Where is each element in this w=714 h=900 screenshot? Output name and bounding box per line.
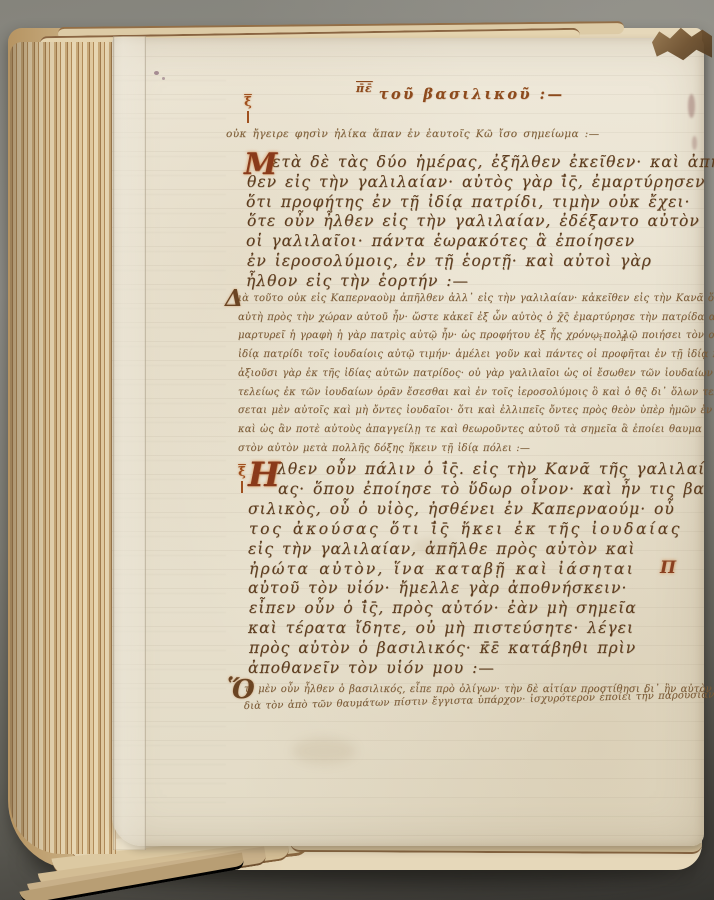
manuscript-line: τος ἀκούσας ὅτι ἰ̄ς̄ ἥκει ἐκ τῆς ἰουδαία… <box>249 520 679 540</box>
manuscript-line: ετὰ δὲ τὰς δύο ἡμέρας, ἐξῆλθεν ἐκεῖθεν· … <box>246 153 676 173</box>
kephalaion-tail <box>241 481 243 493</box>
manuscript-line: σεται μὲν αὐτοῖς καὶ μὴ ὄντες ἰουδαῖοι· … <box>238 402 704 421</box>
manuscript-line: τελείως ἐκ τῶν ἰουδαίων ὁρᾶν ἔσεσθαι καὶ… <box>238 384 704 403</box>
fore-edge-stack <box>10 42 116 854</box>
marginal-letter-pi: Π <box>660 558 676 578</box>
commentary-lines: τι μὲν οὖν ἦλθεν ὁ βασιλικός, εἶπε πρὸ ὀ… <box>244 682 704 715</box>
manuscript-line: ὅτι προφήτης ἐν τῇ ἰδίᾳ πατρίδι, τιμὴν ο… <box>246 193 676 213</box>
manuscript-line: αὐτὴ πρὸς τὴν χώραν αὐτοῦ ἦν· ὥστε κἀκεῖ… <box>238 309 704 328</box>
manuscript-line: αὐτοῦ τὸν υἱόν· ἤμελλε γὰρ ἀποθνήσκειν· <box>248 579 678 599</box>
commentary-block-2: Ὅ τι μὲν οὖν ἦλθεν ὁ βασιλικός, εἶπε πρὸ… <box>244 682 704 715</box>
manuscript-line: ιὰ τοῦτο οὐκ εἰς Καπερναοὺμ ἀπῆλθεν ἀλλ᾽… <box>238 290 704 309</box>
manuscript-line: εἰς τὴν γαλιλαίαν, ἀπῆλθε πρὸς αὐτὸν καὶ <box>248 540 678 560</box>
commentary-block-1: Δ ιὰ τοῦτο οὐκ εἰς Καπερναοὺμ ἀπῆλθεν ἀλ… <box>238 290 704 458</box>
manuscript-book: ξ̄ π̄ε̄τοῦ βασιλικοῦ :— οὐκ ἤγειρε φησὶν… <box>0 0 714 900</box>
gospel-text-block-2: Η λθεν οὖν πάλιν ὁ ἰ̄ς̄. εἰς τὴν Κανᾶ τῆ… <box>248 460 678 679</box>
stain <box>292 738 356 764</box>
kephalaion-number-mark: ξ̄ <box>240 96 256 123</box>
manuscript-line: ἐν ἱεροσολύμοις, ἐν τῇ ἑορτῇ· καὶ αὐτοὶ … <box>247 252 677 272</box>
manuscript-line: ἀξιοῦσι γὰρ ἐκ τῆς ἰδίας αὐτῶν πατρίδος·… <box>238 365 704 384</box>
manuscript-line: σιλικὸς, οὗ ὁ υἱὸς, ἠσθένει ἐν Καπερναού… <box>248 500 678 520</box>
manuscript-line: ας· ὅπου ἐποίησε τὸ ὕδωρ οἶνον· καὶ ἦν τ… <box>249 480 679 500</box>
manuscript-line: ἀποθανεῖν τὸν υἱόν μου :— <box>248 659 678 679</box>
manuscript-line: εἶπεν οὖν ὁ ἰ̄ς̄, πρὸς αὐτόν· ἐὰν μὴ σημ… <box>249 599 679 619</box>
manuscript-line: ἠρώτα αὐτὸν, ἵνα καταβῇ καὶ ἰάσηται <box>249 560 679 580</box>
stain <box>692 136 697 150</box>
title-text: τοῦ βασιλικοῦ :— <box>379 86 565 103</box>
manuscript-line: ἦλθον εἰς τὴν ἑορτήν :— <box>246 272 676 292</box>
kephalaion-tail <box>247 111 249 123</box>
title-abbreviation: π̄ε̄ <box>356 82 373 95</box>
manuscript-line: πρὸς αὐτὸν ὁ βασιλικός· κ̄ε̄ κατάβηθι πρ… <box>249 639 679 659</box>
manuscript-line: καὶ ὡς ἂν ποτὲ αὐτοὺς ἀπαγγείλῃ τε καὶ θ… <box>238 421 704 440</box>
header-scholion: οὐκ ἤγειρε φησὶν ἡλίκα ἅπαν ἐν ἑαυτοῖς Κ… <box>226 128 600 140</box>
manuscript-photo: ξ̄ π̄ε̄τοῦ βασιλικοῦ :— οὐκ ἤγειρε φησὶν… <box>0 0 714 900</box>
gospel-lines: ετὰ δὲ τὰς δύο ἡμέρας, ἐξῆλθεν ἐκεῖθεν· … <box>246 153 676 292</box>
manuscript-line: λθεν οὖν πάλιν ὁ ἰ̄ς̄. εἰς τὴν Κανᾶ τῆς … <box>248 460 678 480</box>
manuscript-line: οἱ γαλιλαῖοι· πάντα ἑωρακότες ἃ ἐποίησεν <box>246 232 676 252</box>
gospel-lines: λθεν οὖν πάλιν ὁ ἰ̄ς̄. εἰς τὴν Κανᾶ τῆς … <box>248 460 678 679</box>
manuscript-line: στὸν αὐτὸν μετὰ πολλῆς δόξης ἥκειν τῇ ἰδ… <box>238 440 704 459</box>
manuscript-line: ἰδίᾳ πατρίδι τοῖς ἰουδαίοις αὐτῷ τιμήν· … <box>238 346 704 365</box>
commentary-lines: ιὰ τοῦτο οὐκ εἰς Καπερναοὺμ ἀπῆλθεν ἀλλ᾽… <box>238 290 704 458</box>
kephalaion-glyph: ξ̄ <box>240 96 256 109</box>
commentary-initial: Δ <box>225 287 243 310</box>
manuscript-page: ξ̄ π̄ε̄τοῦ βασιλικοῦ :— οὐκ ἤγειρε φησὶν… <box>112 38 704 846</box>
chapter-title: π̄ε̄τοῦ βασιλικοῦ :— <box>356 82 564 103</box>
manuscript-line: καὶ τέρατα ἴδητε, οὐ μὴ πιστεύσητε· λέγε… <box>248 619 678 639</box>
interlinear-marks: τ̄ π̄ <box>598 334 634 343</box>
manuscript-line: ὅτε οὖν ἦλθεν εἰς τὴν γαλιλαίαν, ἐδέξαντ… <box>247 212 677 232</box>
conservation-tape-strip <box>113 36 146 850</box>
stain <box>688 94 695 118</box>
manuscript-line: θεν εἰς τὴν γαλιλαίαν· αὐτὸς γὰρ ἰ̄ς̄, ἐ… <box>247 173 677 193</box>
gospel-text-block-1: Μ ετὰ δὲ τὰς δύο ἡμέρας, ἐξῆλθεν ἐκεῖθεν… <box>246 153 676 292</box>
